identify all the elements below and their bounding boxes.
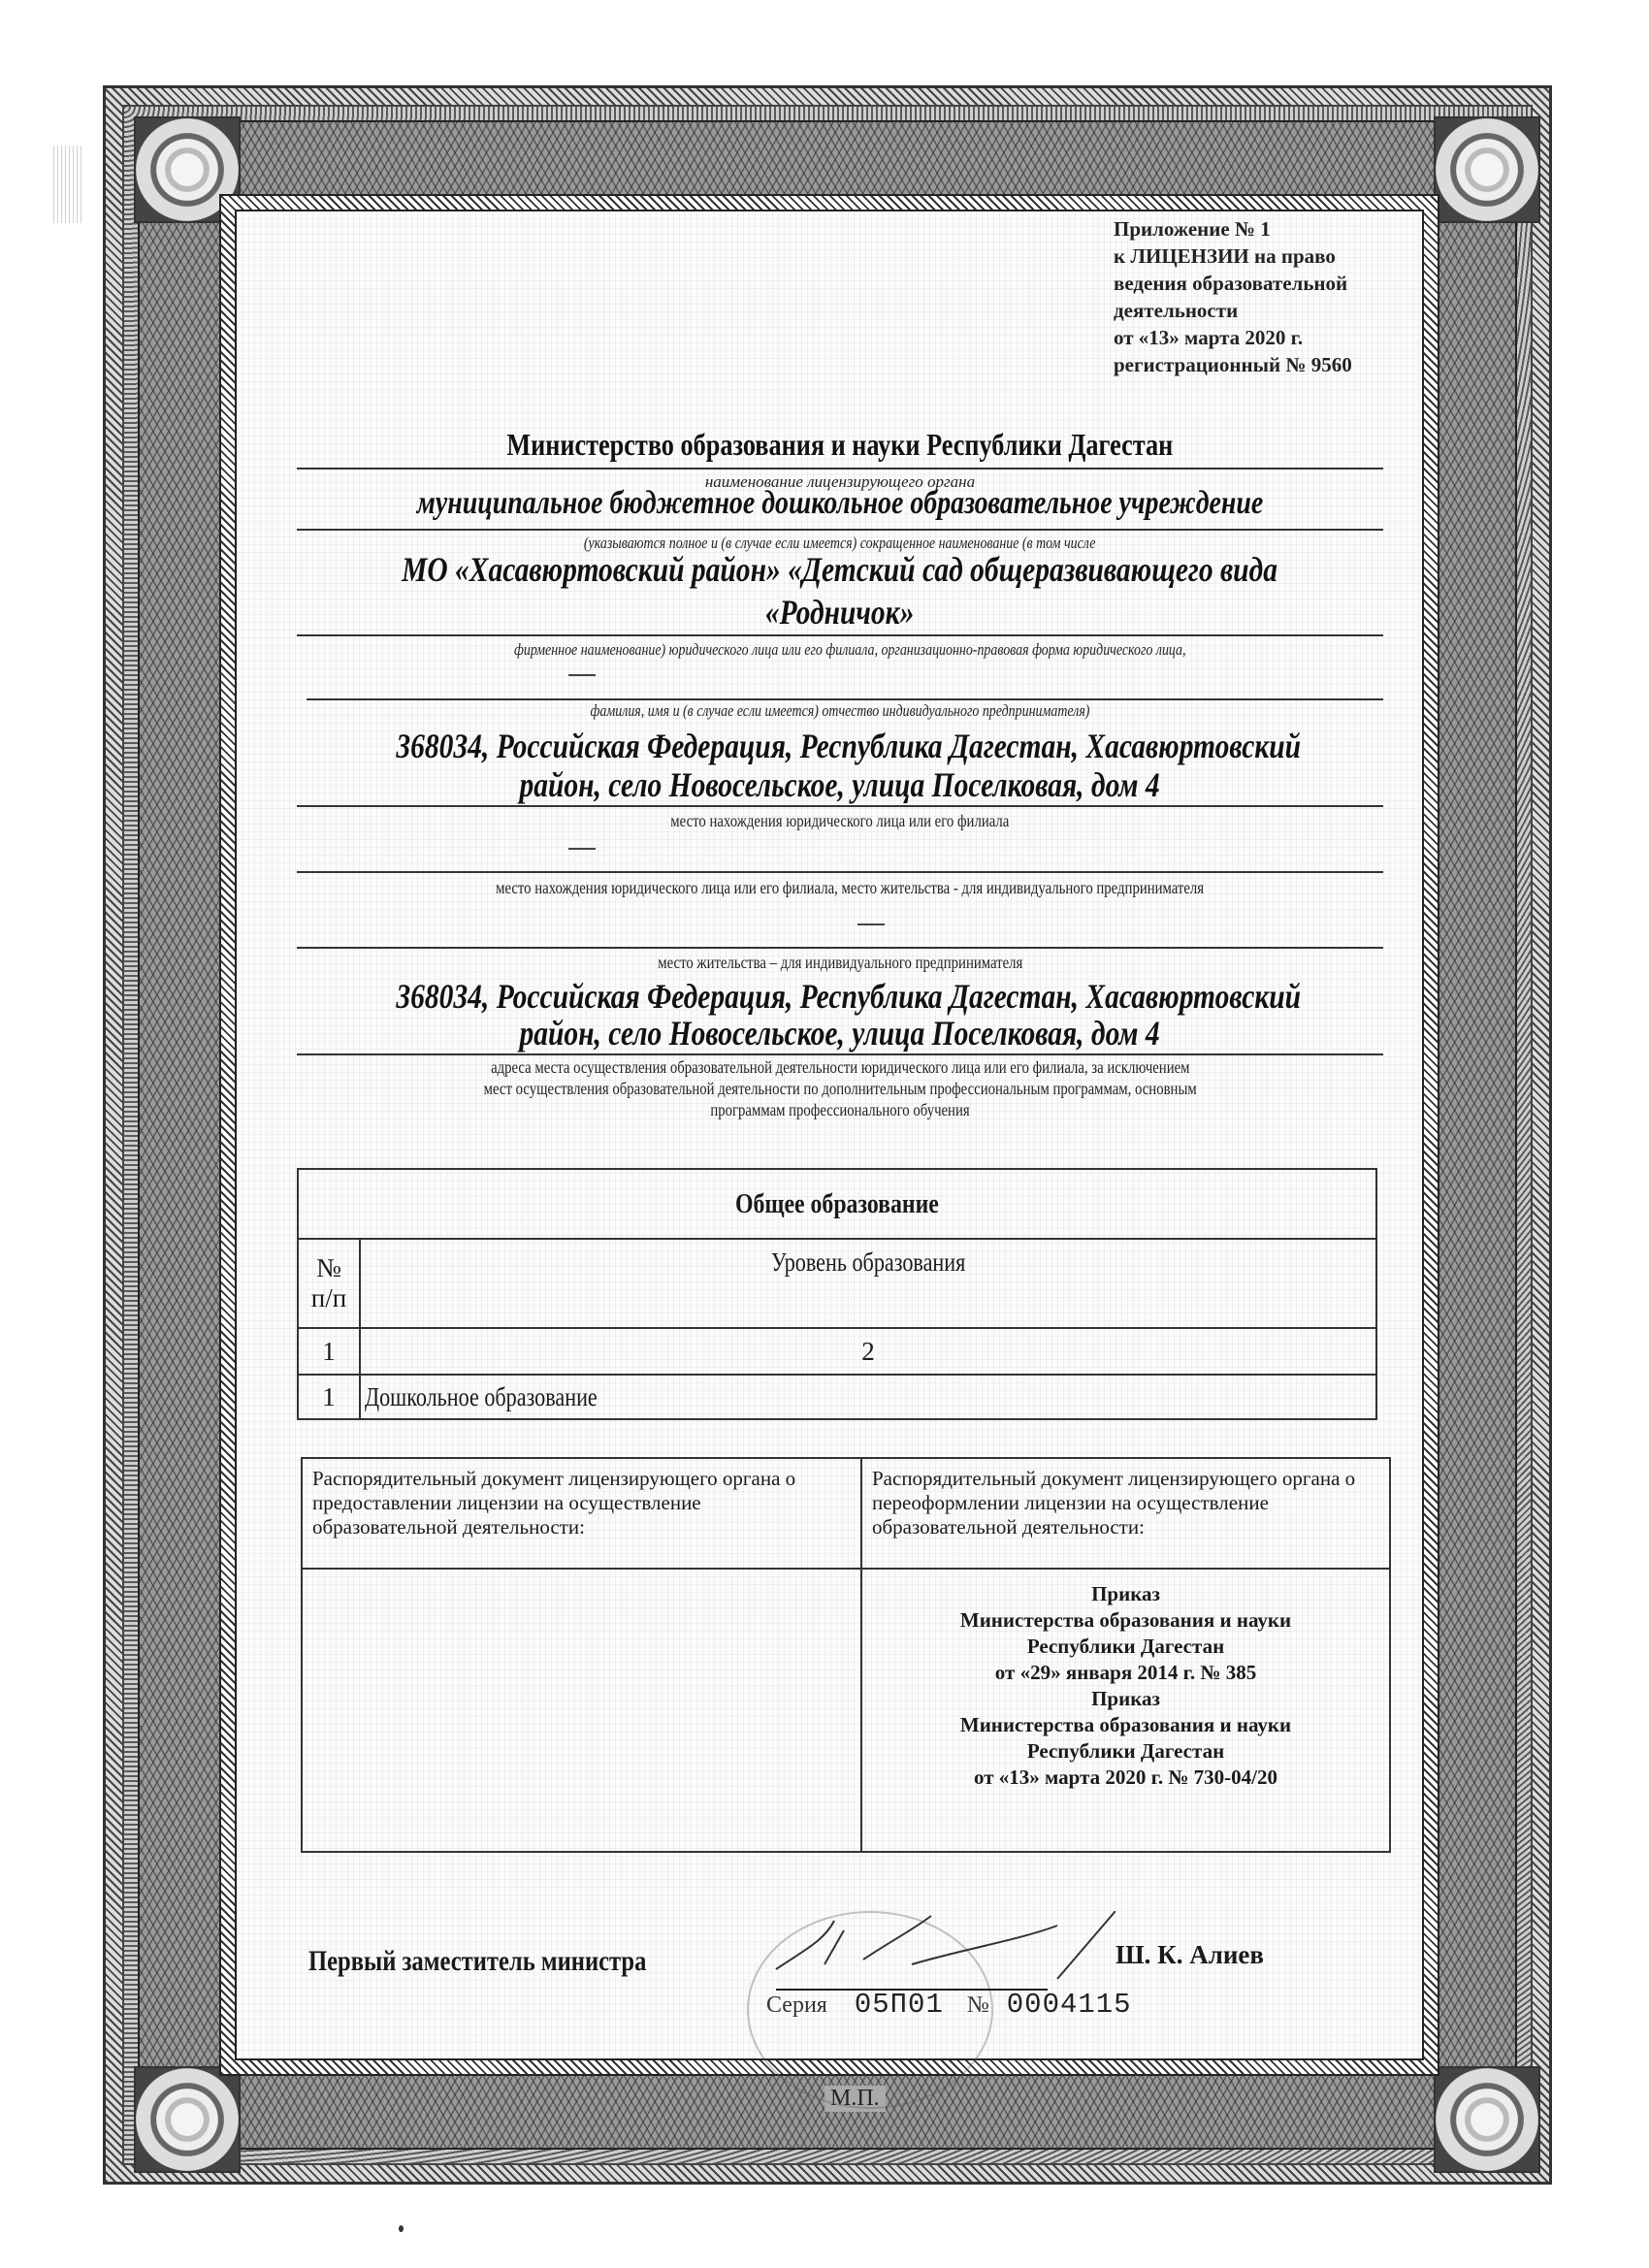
appendix-line: ведения образовательной bbox=[1114, 270, 1443, 297]
organization-caption: фирменное наименование) юридического лиц… bbox=[297, 640, 1403, 660]
empty-field-dash bbox=[568, 674, 596, 676]
form-series: Серия 05П01 № 0004115 bbox=[766, 1989, 1132, 2021]
scan-artifact bbox=[53, 146, 82, 223]
form-number: 0004115 bbox=[1007, 1989, 1132, 2021]
order-issuer: Министерства образования и науки bbox=[872, 1712, 1379, 1738]
reissue-orders: Приказ Министерства образования и науки … bbox=[861, 1569, 1390, 1852]
legal-address-line: район, село Новосельское, улица Поселков… bbox=[297, 764, 1383, 805]
documents-table: Распорядительный документ лицензирующего… bbox=[301, 1457, 1391, 1853]
appendix-line: деятельности bbox=[1114, 297, 1443, 324]
grant-document-value bbox=[302, 1569, 861, 1852]
signer-position: Первый заместитель министра bbox=[308, 1945, 721, 1978]
number-label: № bbox=[967, 1993, 989, 2018]
ornament-corner-icon bbox=[1434, 116, 1540, 223]
legal-address-caption: место нахождения юридического лица или е… bbox=[297, 811, 1383, 831]
underline bbox=[297, 871, 1383, 873]
grant-document-header: Распорядительный документ лицензирующего… bbox=[302, 1458, 861, 1569]
appendix-header: Приложение № 1 к ЛИЦЕНЗИИ на право веден… bbox=[1114, 215, 1443, 378]
appendix-line: от «13» марта 2020 г. bbox=[1114, 324, 1443, 351]
activity-address-caption: мест осуществления образовательной деяте… bbox=[297, 1079, 1383, 1099]
legal-address-line: 368034, Российская Федерация, Республика… bbox=[297, 726, 1383, 766]
signer-name: Ш. К. Алиев bbox=[1115, 1940, 1264, 1970]
licensing-body-name: Министерство образования и науки Республ… bbox=[297, 427, 1383, 463]
underline bbox=[307, 698, 1383, 700]
empty-field-dash bbox=[857, 923, 885, 925]
scan-speck bbox=[399, 2225, 404, 2232]
activity-address-line: район, село Новосельское, улица Поселков… bbox=[297, 1013, 1383, 1053]
entrepreneur-caption: фамилия, имя и (в случае если имеется) о… bbox=[297, 701, 1383, 721]
order-ref: от «13» марта 2020 г. № 730-04/20 bbox=[872, 1765, 1379, 1791]
underline bbox=[297, 634, 1383, 636]
signature-icon bbox=[766, 1911, 1115, 1989]
col-level-header: Уровень образования bbox=[360, 1239, 1376, 1328]
appendix-line: Приложение № 1 bbox=[1114, 215, 1443, 243]
order-issuer: Республики Дагестан bbox=[872, 1738, 1379, 1765]
row-level: Дошкольное образование bbox=[360, 1375, 1376, 1419]
series-value: 05П01 bbox=[855, 1989, 944, 2021]
order-issuer: Республики Дагестан bbox=[872, 1634, 1379, 1660]
underline bbox=[297, 805, 1383, 807]
order-title: Приказ bbox=[872, 1581, 1379, 1607]
order-title: Приказ bbox=[872, 1686, 1379, 1712]
education-table: Общее образование № п/п Уровень образова… bbox=[297, 1168, 1377, 1420]
appendix-line: к ЛИЦЕНЗИИ на право bbox=[1114, 243, 1443, 270]
activity-address-caption: адреса места осуществления образовательн… bbox=[297, 1057, 1383, 1078]
address-residence-caption: место нахождения юридического лица или е… bbox=[297, 878, 1403, 898]
organization-name-line: «Родничок» bbox=[297, 592, 1383, 632]
ornament-corner-icon bbox=[1434, 2066, 1540, 2173]
index-cell: 1 bbox=[298, 1328, 360, 1375]
underline bbox=[297, 468, 1383, 470]
activity-address-line: 368034, Российская Федерация, Республика… bbox=[297, 976, 1383, 1017]
residence-caption: место жительства – для индивидуального п… bbox=[297, 953, 1383, 973]
underline bbox=[297, 947, 1383, 949]
empty-field-dash bbox=[568, 848, 596, 850]
table-row: 1 Дошкольное образование bbox=[298, 1375, 1376, 1419]
underline bbox=[297, 529, 1383, 531]
organization-type: муниципальное бюджетное дошкольное образ… bbox=[297, 485, 1383, 522]
underline bbox=[297, 1053, 1383, 1055]
order-ref: от «29» января 2014 г. № 385 bbox=[872, 1660, 1379, 1686]
row-num: 1 bbox=[298, 1375, 360, 1419]
ornament-corner-icon bbox=[134, 2066, 241, 2173]
order-issuer: Министерства образования и науки bbox=[872, 1607, 1379, 1634]
appendix-line: регистрационный № 9560 bbox=[1114, 351, 1443, 378]
education-table-title: Общее образование bbox=[298, 1169, 1376, 1239]
organization-name-line: МО «Хасавюртовский район» «Детский сад о… bbox=[297, 549, 1383, 590]
col-num-header: № п/п bbox=[298, 1239, 360, 1328]
reissue-document-header: Распорядительный документ лицензирующего… bbox=[861, 1458, 1390, 1569]
activity-address-caption: программам профессионального обучения bbox=[297, 1100, 1383, 1120]
index-cell: 2 bbox=[360, 1328, 1376, 1375]
